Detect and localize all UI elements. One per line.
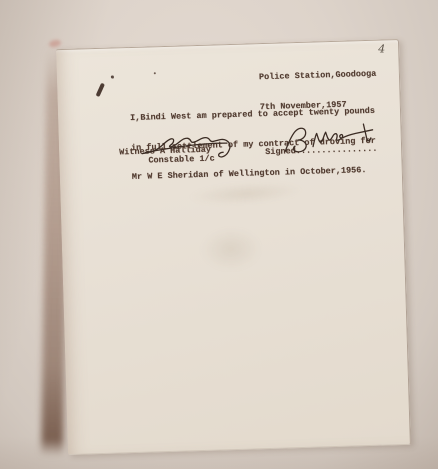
- ink-speck-mark: [154, 72, 156, 74]
- letterhead-station: Police Station,Goodooga: [259, 70, 377, 83]
- ink-dot-mark: [111, 75, 114, 78]
- body-line-3: Mr W E Sheridan of Wellington in October…: [132, 165, 377, 182]
- paper-sheet: 4 Police Station,Goodooga 7th November,1…: [56, 39, 411, 455]
- page-number: 4: [378, 42, 385, 55]
- body-line-1: I,Bindi West am prepared to accept twent…: [130, 107, 375, 124]
- ink-dash-mark: [96, 83, 105, 97]
- photo-of-document: 4 Police Station,Goodooga 7th November,1…: [0, 0, 438, 469]
- bleed-through-smudge: [199, 226, 262, 272]
- signatory-signature-handwriting: [282, 123, 381, 156]
- witness-signature-handwriting: [141, 129, 240, 164]
